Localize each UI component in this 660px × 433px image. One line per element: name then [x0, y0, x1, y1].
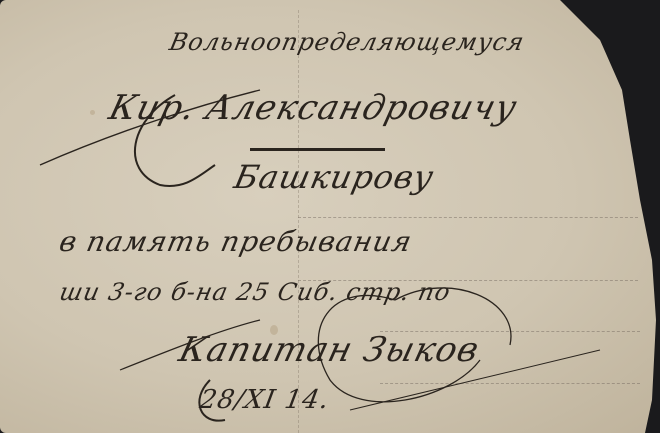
- name-underline: [250, 148, 385, 151]
- handwritten-line-2: Кир. Александровичу: [105, 88, 521, 128]
- handwritten-line-5: ши 3-го б-на 25 Сиб. стр. по: [57, 278, 453, 306]
- address-line-1: [298, 217, 638, 218]
- signature: Капитан Зыков: [175, 330, 484, 370]
- address-line-4: [380, 383, 640, 384]
- stain: [90, 110, 95, 115]
- handwritten-line-3: Башкирову: [231, 158, 438, 196]
- handwritten-line-4: в память пребывания: [56, 225, 415, 258]
- handwritten-line-1: Вольноопределяющемуся: [167, 28, 527, 56]
- date: 28/XI 14.: [197, 385, 332, 415]
- postcard: Вольноопределяющемуся Кир. Александрович…: [0, 0, 660, 433]
